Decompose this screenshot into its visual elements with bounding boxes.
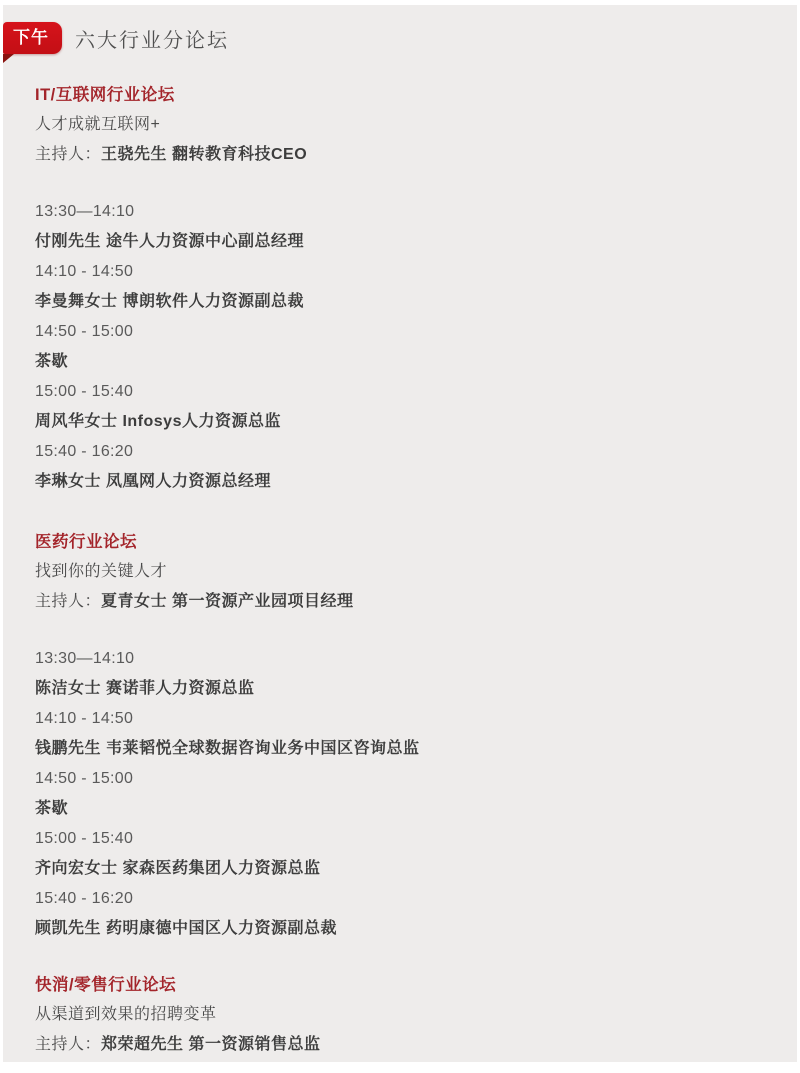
slot-time: 14:50 - 15:00 [35, 317, 777, 347]
slot-time: 15:40 - 16:20 [35, 437, 777, 467]
session-badge-label: 下午 [13, 28, 49, 47]
slot-speaker: 李琳女士 凤凰网人力资源总经理 [35, 467, 777, 497]
agenda-panel: 下午 六大行业分论坛 IT/互联网行业论坛 人才成就互联网+ 主持人：王骁先生 … [3, 5, 797, 1062]
slot-time: 13:30—14:10 [35, 644, 777, 674]
slot-time: 15:00 - 15:40 [35, 377, 777, 407]
slot-speaker: 付刚先生 途牛人力资源中心副总经理 [35, 227, 777, 257]
slot-time: 14:10 - 14:50 [35, 257, 777, 287]
forum-title: 快消/零售行业论坛 [35, 970, 777, 1000]
slot-speaker: 钱鹏先生 韦莱韬悦全球数据咨询业务中国区咨询总监 [35, 734, 777, 764]
page-header: 下午 六大行业分论坛 [3, 22, 797, 54]
forum-theme: 人才成就互联网+ [35, 110, 777, 140]
forum-theme: 找到你的关键人才 [35, 557, 777, 587]
slot-speaker: 齐向宏女士 家森医药集团人力资源总监 [35, 854, 777, 884]
forum-host-line: 主持人：王骁先生 翻转教育科技CEO [35, 140, 777, 170]
slot-speaker: 周风华女士 Infosys人力资源总监 [35, 407, 777, 437]
forum-theme: 从渠道到效果的招聘变革 [35, 1000, 777, 1030]
forum-section: 快消/零售行业论坛 从渠道到效果的招聘变革 主持人：郑荣超先生 第一资源销售总监 [35, 970, 777, 1060]
slot-time: 15:00 - 15:40 [35, 824, 777, 854]
slot-time: 14:50 - 15:00 [35, 764, 777, 794]
slot-time: 13:30—14:10 [35, 197, 777, 227]
forum-title: IT/互联网行业论坛 [35, 80, 777, 110]
host-prefix-label: 主持人： [35, 1036, 101, 1053]
forum-title: 医药行业论坛 [35, 527, 777, 557]
slot-speaker: 顾凯先生 药明康德中国区人力资源副总裁 [35, 914, 777, 944]
page-title: 六大行业分论坛 [75, 24, 229, 53]
slot-speaker: 茶歇 [35, 347, 777, 377]
host-prefix-label: 主持人： [35, 146, 101, 163]
slot-speaker: 陈洁女士 赛诺菲人力资源总监 [35, 674, 777, 704]
forum-section: 医药行业论坛 找到你的关键人才 主持人：夏青女士 第一资源产业园项目经理 13:… [35, 527, 777, 944]
forum-host-line: 主持人：夏青女士 第一资源产业园项目经理 [35, 587, 777, 617]
slot-speaker: 李曼舞女士 博朗软件人力资源副总裁 [35, 287, 777, 317]
forum-list: IT/互联网行业论坛 人才成就互联网+ 主持人：王骁先生 翻转教育科技CEO 1… [3, 80, 797, 1060]
host-name: 郑荣超先生 第一资源销售总监 [101, 1036, 320, 1053]
host-name: 夏青女士 第一资源产业园项目经理 [101, 593, 353, 610]
slot-time: 15:40 - 16:20 [35, 884, 777, 914]
host-name: 王骁先生 翻转教育科技CEO [101, 146, 307, 163]
slot-time: 14:10 - 14:50 [35, 704, 777, 734]
forum-section: IT/互联网行业论坛 人才成就互联网+ 主持人：王骁先生 翻转教育科技CEO 1… [35, 80, 777, 497]
session-badge: 下午 [3, 22, 62, 54]
schedule-list: 13:30—14:10付刚先生 途牛人力资源中心副总经理14:10 - 14:5… [35, 197, 777, 497]
forum-host-line: 主持人：郑荣超先生 第一资源销售总监 [35, 1030, 777, 1060]
schedule-list: 13:30—14:10陈洁女士 赛诺菲人力资源总监14:10 - 14:50钱鹏… [35, 644, 777, 944]
slot-speaker: 茶歇 [35, 794, 777, 824]
host-prefix-label: 主持人： [35, 593, 101, 610]
